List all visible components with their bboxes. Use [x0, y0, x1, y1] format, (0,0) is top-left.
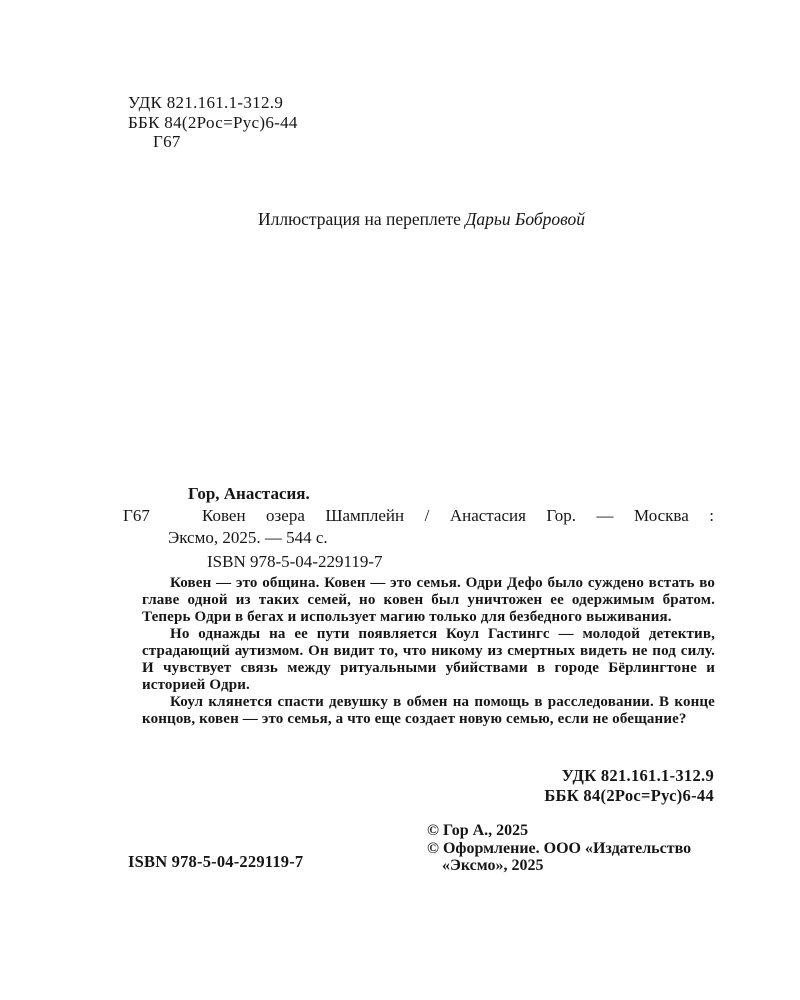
book-imprint-page: УДК 821.161.1-312.9 ББК 84(2Рос=Рус)6-44…: [0, 0, 800, 1000]
catalog-description-line-1: Ковен озера Шамплейн / Анастасия Гор. — …: [202, 506, 714, 526]
top-codes-block: УДК 821.161.1-312.9 ББК 84(2Рос=Рус)6-44…: [128, 93, 298, 152]
bottom-udk-code: УДК 821.161.1-312.9: [544, 766, 714, 786]
catalog-author-code: Г67: [123, 506, 150, 526]
cover-credit-line: Иллюстрация на переплете Дарьи Бобровой: [128, 209, 715, 230]
bottom-codes-block: УДК 821.161.1-312.9 ББК 84(2Рос=Рус)6-44: [544, 766, 714, 805]
copyright-author-line: © Гор А., 2025: [427, 822, 691, 840]
annotation-block: Ковен — это община. Ковен — это семья. О…: [142, 575, 715, 728]
annotation-paragraph: Коул клянется спасти девушку в обмен на …: [142, 694, 715, 728]
cover-artist-name: Дарьи Бобровой: [465, 209, 585, 229]
catalog-isbn: ISBN 978-5-04-229119-7: [207, 552, 383, 572]
bottom-isbn: ISBN 978-5-04-229119-7: [128, 852, 303, 872]
top-bbk-code: ББК 84(2Рос=Рус)6-44: [128, 113, 298, 133]
annotation-paragraph: Но однажды на ее пути появляется Коул Га…: [142, 626, 715, 694]
top-author-code: Г67: [128, 132, 298, 152]
copyright-publisher-line-2: «Эксмо», 2025: [427, 857, 691, 875]
cover-credit-text: Иллюстрация на переплете: [258, 209, 465, 229]
catalog-description-line-2: Эксмо, 2025. — 544 с.: [168, 528, 328, 548]
copyright-publisher-line: © Оформление. ООО «Издательство: [427, 840, 691, 858]
catalog-author-heading: Гор, Анастасия.: [188, 484, 310, 504]
bottom-bbk-code: ББК 84(2Рос=Рус)6-44: [544, 786, 714, 806]
annotation-paragraph: Ковен — это община. Ковен — это семья. О…: [142, 575, 715, 626]
copyright-block: © Гор А., 2025 © Оформление. ООО «Издате…: [427, 822, 691, 875]
top-udk-code: УДК 821.161.1-312.9: [128, 93, 298, 113]
